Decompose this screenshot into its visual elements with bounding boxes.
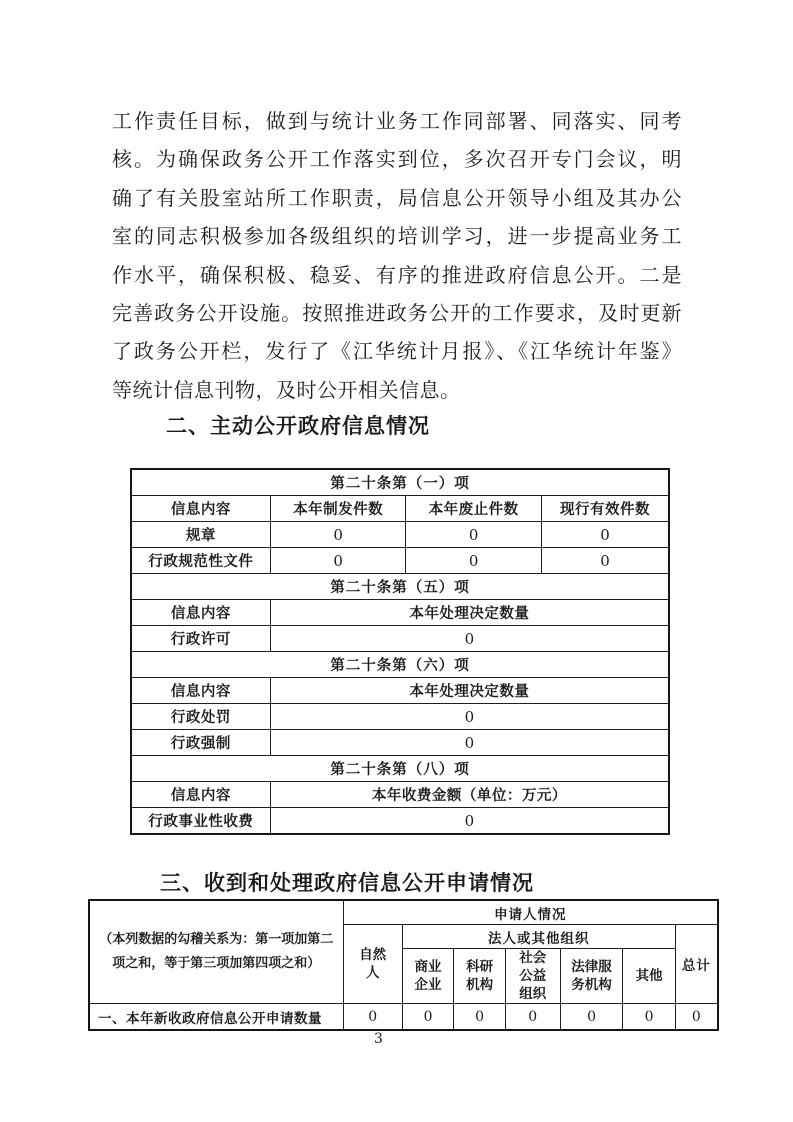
table1-section4-title: 第二十条第（八）项 <box>131 756 669 782</box>
table1-col-header: 本年收费金额（单位：万元） <box>270 782 669 808</box>
table1-col-header: 信息内容 <box>131 496 270 522</box>
table1-value-cell: 0 <box>406 548 542 574</box>
table-row: 信息内容 本年收费金额（单位：万元） <box>131 782 669 808</box>
table1-col-header: 信息内容 <box>131 600 270 626</box>
table-row: 信息内容 本年制发件数 本年废止件数 现行有效件数 <box>131 496 669 522</box>
table-row: 信息内容 本年处理决定数量 <box>131 600 669 626</box>
proactive-disclosure-table: 第二十条第（一）项 信息内容 本年制发件数 本年废止件数 现行有效件数 规章 0… <box>130 468 670 835</box>
table2-value-cell: 0 <box>675 1004 718 1031</box>
table1-row-label: 行政强制 <box>131 730 270 756</box>
table2-value-cell: 0 <box>343 1004 402 1031</box>
table1-value-cell: 0 <box>270 704 669 730</box>
section2-heading: 二、主动公开政府信息情况 <box>166 412 430 442</box>
table1-row-label: 规章 <box>131 522 270 548</box>
section3-heading: 三、收到和处理政府信息公开申请情况 <box>160 869 534 899</box>
table2-value-cell: 0 <box>402 1004 454 1031</box>
table1-col-header: 本年废止件数 <box>406 496 542 522</box>
table2-legal-org-header: 法人或其他组织 <box>402 925 675 949</box>
applications-table: （本列数据的勾稽关系为：第一项加第二项之和，等于第三项加第四项之和） 申请人情况… <box>88 899 719 1031</box>
table-row: 规章 0 0 0 <box>131 522 669 548</box>
table1-value-cell: 0 <box>270 522 406 548</box>
document-page: 工作责任目标，做到与统计业务工作同部署、同落实、同考 核。为确保政务公开工作落实… <box>0 0 793 1122</box>
table2-subcol-other: 其他 <box>623 949 675 1004</box>
table1-value-cell: 0 <box>406 522 542 548</box>
table2-note-cell: （本列数据的勾稽关系为：第一项加第二项之和，等于第三项加第四项之和） <box>89 900 343 1004</box>
table2-subcol-research: 科研 机构 <box>454 949 506 1004</box>
body-text-line: 工作责任目标，做到与统计业务工作同部署、同落实、同考 <box>112 102 682 140</box>
page-number: 3 <box>374 1031 383 1047</box>
body-text-line: 室的同志积极参加各级组织的培训学习，进一步提高业务工 <box>112 217 682 255</box>
table2-subcol-legal-service: 法律服 务机构 <box>560 949 623 1004</box>
table1-value-cell: 0 <box>270 730 669 756</box>
table-row: 第二十条第（五）项 <box>131 574 669 600</box>
table1-row-label: 行政处罚 <box>131 704 270 730</box>
table1-section1-title: 第二十条第（一）项 <box>131 469 669 496</box>
table-row: （本列数据的勾稽关系为：第一项加第二项之和，等于第三项加第四项之和） 申请人情况 <box>89 900 718 925</box>
table-row: 一、本年新收政府信息公开申请数量 0 0 0 0 0 0 0 <box>89 1004 718 1031</box>
table-row: 第二十条第（一）项 <box>131 469 669 496</box>
table-row: 行政事业性收费 0 <box>131 808 669 835</box>
table1-row-label: 行政事业性收费 <box>131 808 270 835</box>
table1-value-cell: 0 <box>270 626 669 652</box>
table-row: 第二十条第（六）项 <box>131 652 669 678</box>
table1-col-header: 本年制发件数 <box>270 496 406 522</box>
table2-row-label: 一、本年新收政府信息公开申请数量 <box>89 1004 343 1031</box>
table2-value-cell: 0 <box>505 1004 560 1031</box>
table1-col-header: 信息内容 <box>131 782 270 808</box>
table1-col-header: 本年处理决定数量 <box>270 600 669 626</box>
table2-subcol-commercial: 商业 企业 <box>402 949 454 1004</box>
table-row: 行政强制 0 <box>131 730 669 756</box>
table2-col-total: 总计 <box>675 925 718 1004</box>
table-row: 第二十条第（八）项 <box>131 756 669 782</box>
body-text-line: 确了有关股室站所工作职责，局信息公开领导小组及其办公 <box>112 179 682 217</box>
table-row: 行政许可 0 <box>131 626 669 652</box>
table1-col-header: 信息内容 <box>131 678 270 704</box>
body-text-line: 核。为确保政务公开工作落实到位，多次召开专门会议，明 <box>112 140 682 178</box>
table-row: 行政规范性文件 0 0 0 <box>131 548 669 574</box>
table2-value-cell: 0 <box>623 1004 675 1031</box>
table2-col-natural-person: 自然 人 <box>343 925 402 1004</box>
body-text-line: 了政务公开栏，发行了《江华统计月报》、《江华统计年鉴》 <box>112 332 682 370</box>
table-row: 信息内容 本年处理决定数量 <box>131 678 669 704</box>
table1-section3-title: 第二十条第（六）项 <box>131 652 669 678</box>
table1-section2-title: 第二十条第（五）项 <box>131 574 669 600</box>
body-paragraph: 工作责任目标，做到与统计业务工作同部署、同落实、同考 核。为确保政务公开工作落实… <box>112 102 682 409</box>
table1-row-label: 行政许可 <box>131 626 270 652</box>
body-text-line: 完善政务公开设施。按照推进政务公开的工作要求，及时更新 <box>112 294 682 332</box>
table1-value-cell: 0 <box>270 548 406 574</box>
table2-subcol-social-welfare: 社会 公益 组织 <box>505 949 560 1004</box>
table2-applicant-header: 申请人情况 <box>343 900 718 925</box>
body-text-line: 等统计信息刊物，及时公开相关信息。 <box>112 371 682 409</box>
table2-value-cell: 0 <box>454 1004 506 1031</box>
table-row: 行政处罚 0 <box>131 704 669 730</box>
table1-row-label: 行政规范性文件 <box>131 548 270 574</box>
table2-value-cell: 0 <box>560 1004 623 1031</box>
table1-value-cell: 0 <box>270 808 669 835</box>
table1-col-header: 现行有效件数 <box>541 496 669 522</box>
table1-value-cell: 0 <box>541 522 669 548</box>
body-text-line: 作水平，确保积极、稳妥、有序的推进政府信息公开。二是 <box>112 256 682 294</box>
table1-value-cell: 0 <box>541 548 669 574</box>
table1-col-header: 本年处理决定数量 <box>270 678 669 704</box>
